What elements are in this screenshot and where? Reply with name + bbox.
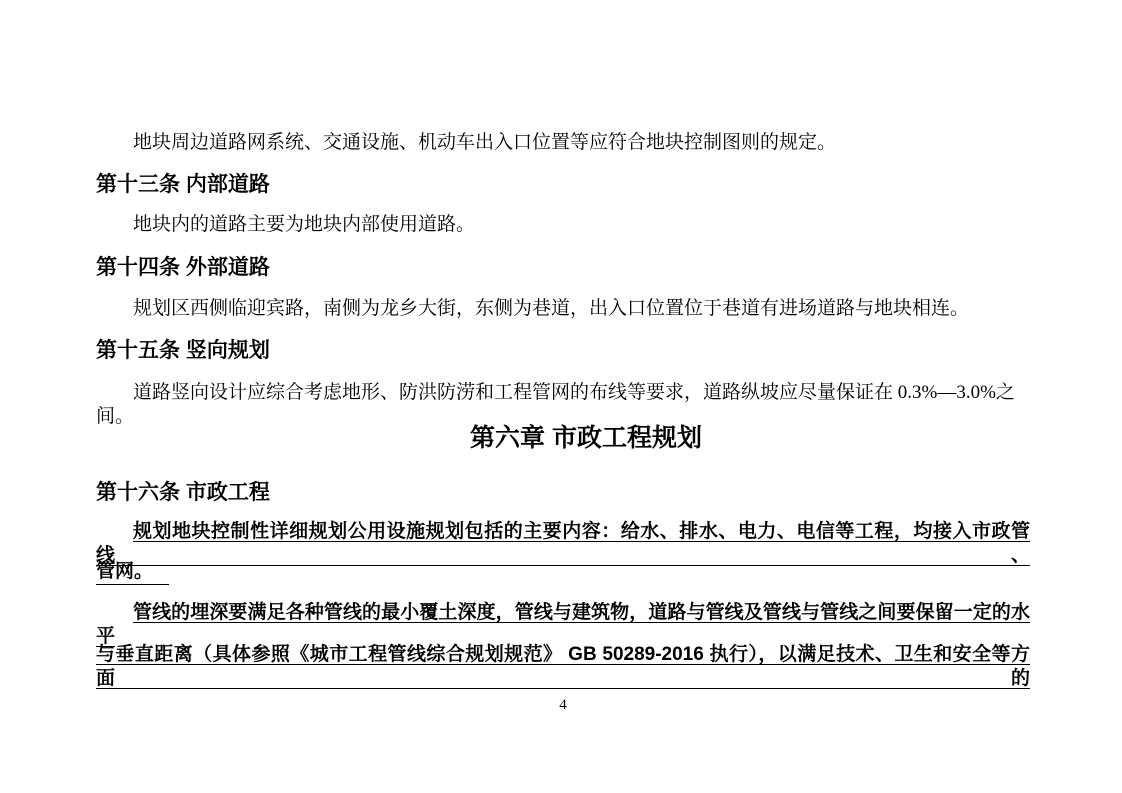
article-16-para1-line2: 管网。: [96, 560, 1030, 584]
article-16-para1-line2-text: 管网。: [96, 561, 169, 585]
article-16-para2-line1: 管线的埋深要满足各种管线的最小覆土深度，管线与建筑物，道路与管线及管线与管线之间…: [96, 601, 1030, 649]
article-13-heading: 第十三条 内部道路: [96, 172, 1030, 198]
article-15-body: 道路竖向设计应综合考虑地形、防洪防涝和工程管网的布线等要求，道路纵坡应尽量保证在…: [96, 381, 1030, 429]
page-number: 4: [96, 697, 1030, 714]
article-16-para2-line2: 与垂直距离（具体参照《城市工程管线综合规划规范》 GB 50289-2016 执…: [96, 643, 1030, 691]
document-page: 地块周边道路网系统、交通设施、机动车出入口位置等应符合地块控制图则的规定。 第十…: [0, 0, 1122, 793]
intro-paragraph: 地块周边道路网系统、交通设施、机动车出入口位置等应符合地块控制图则的规定。: [96, 131, 1030, 155]
article-16-heading: 第十六条 市政工程: [96, 480, 1030, 506]
article-13-body: 地块内的道路主要为地块内部使用道路。: [96, 213, 1030, 237]
article-14-heading: 第十四条 外部道路: [96, 255, 1030, 281]
article-15-heading: 第十五条 竖向规划: [96, 338, 1030, 364]
chapter-6-title: 第六章 市政工程规划: [96, 423, 1030, 454]
article-14-body: 规划区西侧临迎宾路，南侧为龙乡大街，东侧为巷道，出入口位置位于巷道有进场道路与地…: [96, 297, 1030, 321]
